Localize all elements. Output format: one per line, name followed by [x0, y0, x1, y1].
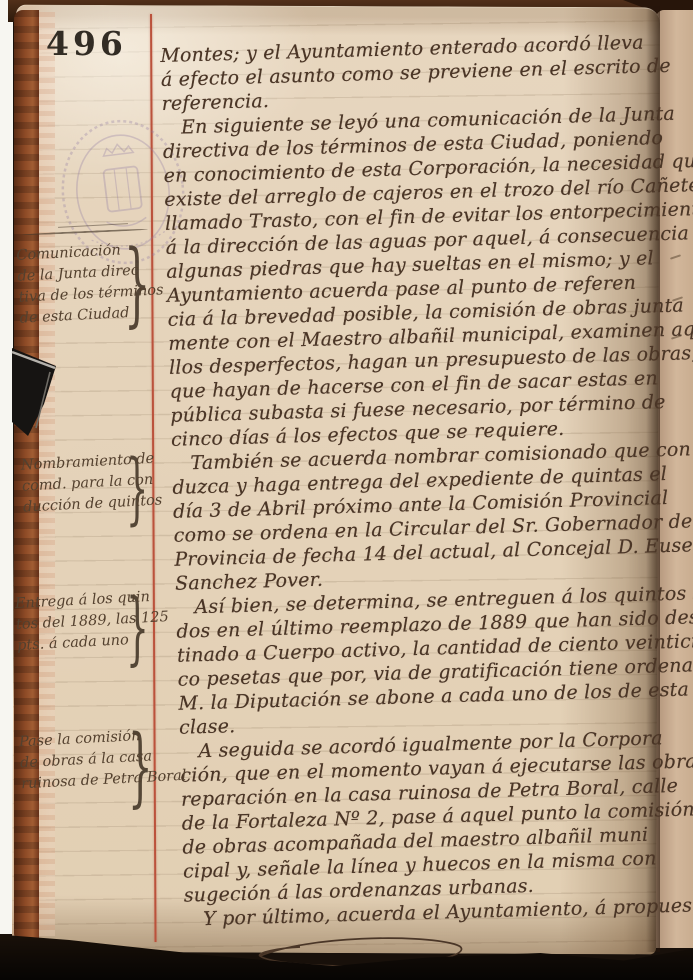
- scan-background-edge: [0, 0, 13, 934]
- manuscript-body: Montes; y el Ayuntamiento enterado acord…: [160, 30, 690, 932]
- adjacent-page-writing-mark: [670, 254, 681, 259]
- margin-note-entrega: Entrega á los quintos del 1889, las 125p…: [14, 586, 170, 657]
- margin-note-nombramiento: Nombramiento decomd. para la conducción …: [20, 448, 162, 518]
- folio-number-stamp: 496: [46, 24, 127, 63]
- manuscript-photo: 496 } } } } Montes; y el Ayuntamiento en…: [0, 0, 693, 980]
- margin-note-comunicacion: Comunicaciónde la Junta directiva de los…: [16, 238, 165, 329]
- dark-corner-clip: [10, 340, 72, 444]
- margin-note-pase-comision: Pase la comisiónde obras á la casaruinos…: [18, 724, 187, 796]
